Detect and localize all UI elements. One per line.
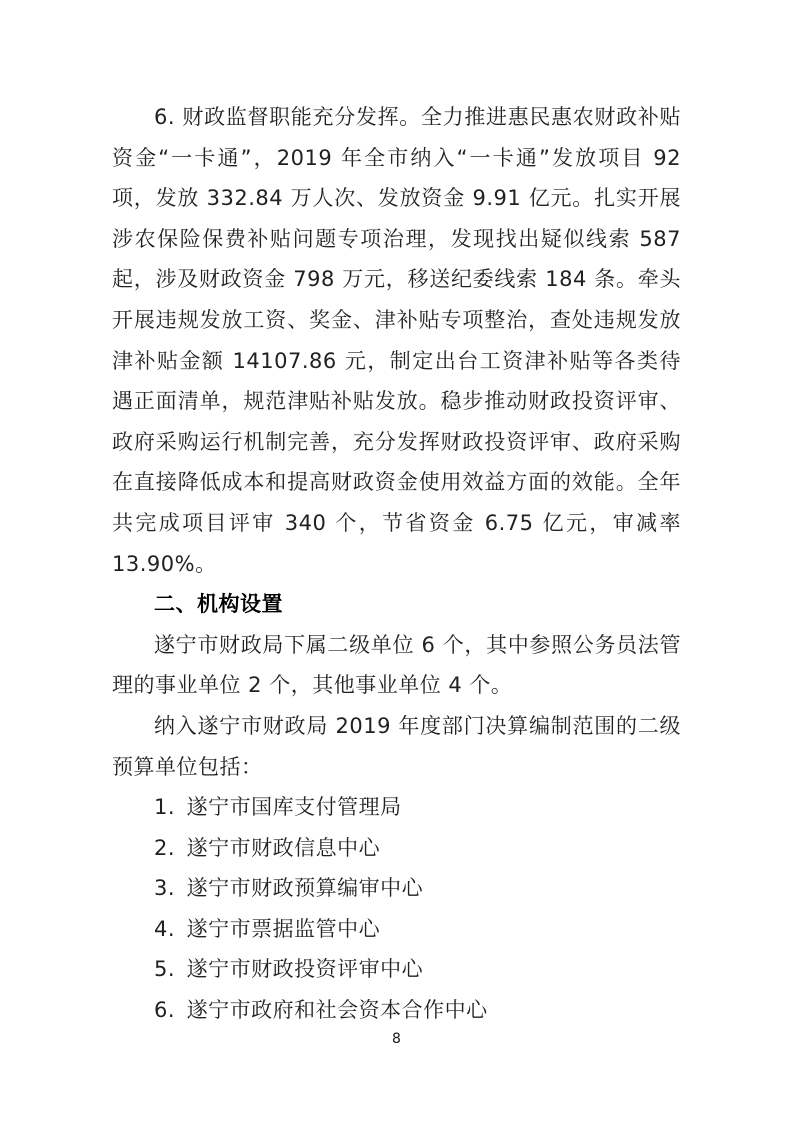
unit-number: 3.	[154, 876, 175, 900]
paragraph-budget-scope-intro: 纳入遂宁市财政局 2019 年度部门决算编制范围的二级预算单位包括：	[112, 706, 681, 787]
unit-name: 遂宁市票据监管中心	[187, 917, 381, 941]
document-body: 6. 财政监督职能充分发挥。全力推进惠民惠农财政补贴资金“一卡通”，2019 年…	[112, 97, 681, 1031]
paragraph-subordinate-units: 遂宁市财政局下属二级单位 6 个，其中参照公务员法管理的事业单位 2 个，其他事…	[112, 625, 681, 706]
unit-number: 5.	[154, 957, 175, 981]
unit-list-item: 2.遂宁市财政信息中心	[112, 828, 681, 869]
unit-list-item: 5.遂宁市财政投资评审中心	[112, 949, 681, 990]
unit-list-item: 1.遂宁市国库支付管理局	[112, 787, 681, 828]
unit-list-item: 3.遂宁市财政预算编审中心	[112, 868, 681, 909]
unit-list-item: 4.遂宁市票据监管中心	[112, 909, 681, 950]
section-heading-organization-setup: 二、机构设置	[112, 584, 681, 625]
unit-list-item: 6.遂宁市政府和社会资本合作中心	[112, 990, 681, 1031]
page-number: 8	[0, 1030, 793, 1048]
document-page: 6. 财政监督职能充分发挥。全力推进惠民惠农财政补贴资金“一卡通”，2019 年…	[0, 0, 793, 1122]
unit-name: 遂宁市国库支付管理局	[187, 795, 402, 819]
unit-name: 遂宁市财政预算编审中心	[187, 876, 424, 900]
paragraph-fiscal-supervision: 6. 财政监督职能充分发挥。全力推进惠民惠农财政补贴资金“一卡通”，2019 年…	[112, 97, 681, 584]
unit-number: 4.	[154, 917, 175, 941]
unit-list: 1.遂宁市国库支付管理局 2.遂宁市财政信息中心 3.遂宁市财政预算编审中心 4…	[112, 787, 681, 1031]
unit-name: 遂宁市财政投资评审中心	[187, 957, 424, 981]
unit-number: 6.	[154, 998, 175, 1022]
unit-number: 1.	[154, 795, 175, 819]
unit-name: 遂宁市财政信息中心	[187, 836, 381, 860]
unit-number: 2.	[154, 836, 175, 860]
unit-name: 遂宁市政府和社会资本合作中心	[187, 998, 488, 1022]
